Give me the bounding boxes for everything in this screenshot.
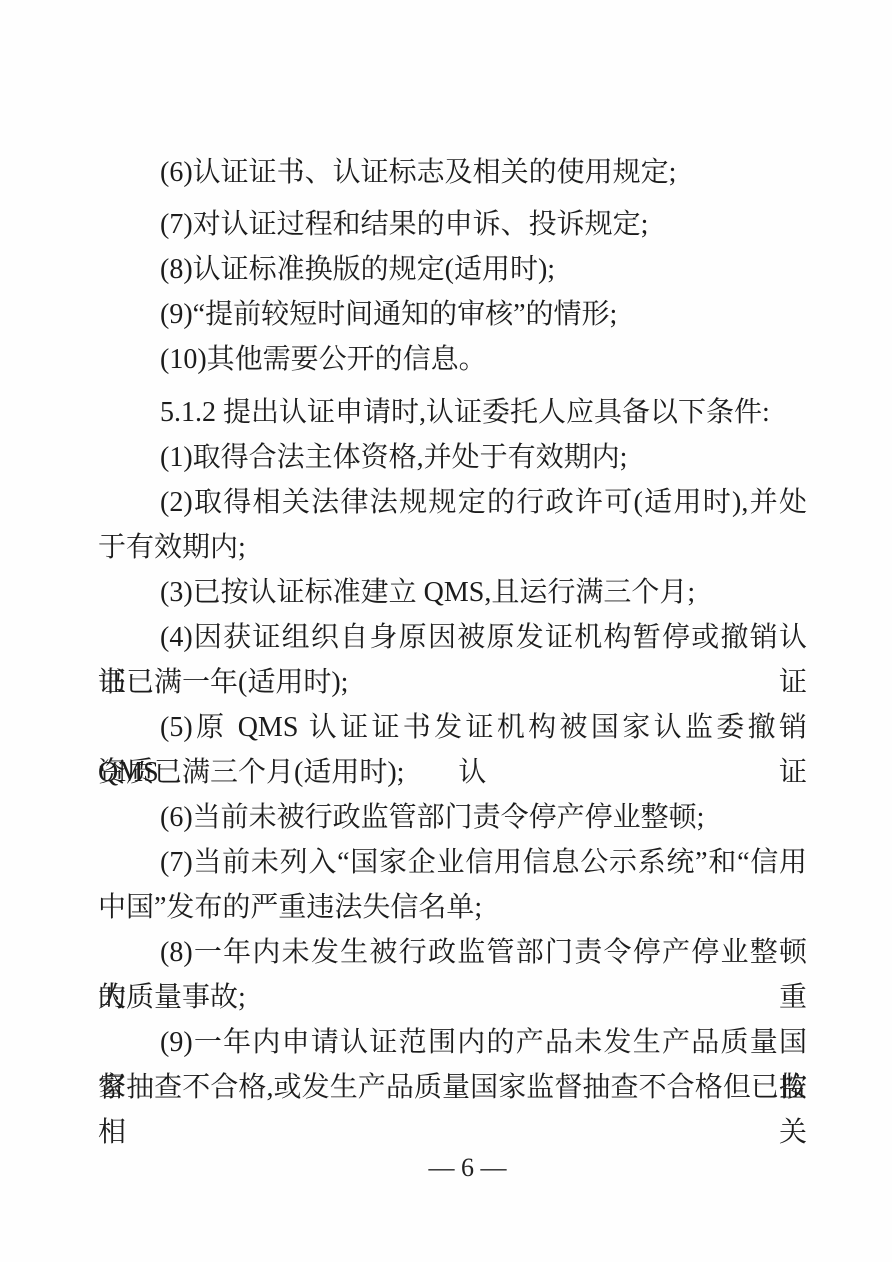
text-line: (8)一年内未发生被行政监管部门责令停产停业整顿的重 [98, 930, 807, 975]
text-line: (10)其他需要公开的信息。 [98, 337, 807, 382]
document-body: (6)认证证书、认证标志及相关的使用规定;(7)对认证过程和结果的申诉、投诉规定… [98, 150, 807, 1110]
page-footer: — 6 — [43, 1150, 892, 1186]
text-line: (3)已按认证标准建立 QMS,且运行满三个月; [98, 570, 807, 615]
text-line: (7)对认证过程和结果的申诉、投诉规定; [98, 202, 807, 247]
text-line: (4)因获证组织自身原因被原发证机构暂停或撤销认证证 [98, 615, 807, 660]
page-number: — 6 — [429, 1153, 507, 1182]
text-line: 中国”发布的严重违法失信名单; [98, 885, 807, 930]
text-line: (8)认证标准换版的规定(适用时); [98, 247, 807, 292]
text-line: (5)原 QMS 认证证书发证机构被国家认监委撤销 QMS 认证 [98, 705, 807, 750]
text-line: (9)一年内申请认证范围内的产品未发生产品质量国家监 [98, 1020, 807, 1065]
text-line: 于有效期内; [98, 525, 807, 570]
text-line: (1)取得合法主体资格,并处于有效期内; [98, 435, 807, 480]
text-line: 督抽查不合格,或发生产品质量国家监督抽查不合格但已按相关 [98, 1065, 807, 1110]
document-page: (6)认证证书、认证标志及相关的使用规定;(7)对认证过程和结果的申诉、投诉规定… [0, 0, 892, 1262]
text-line: (2)取得相关法律法规规定的行政许可(适用时),并处 [98, 480, 807, 525]
text-line: (6)当前未被行政监管部门责令停产停业整顿; [98, 795, 807, 840]
text-line: 5.1.2 提出认证申请时,认证委托人应具备以下条件: [98, 390, 807, 435]
text-line: (7)当前未列入“国家企业信用信息公示系统”和“信用 [98, 840, 807, 885]
text-line: (9)“提前较短时间通知的审核”的情形; [98, 292, 807, 337]
text-line: (6)认证证书、认证标志及相关的使用规定; [98, 150, 807, 195]
